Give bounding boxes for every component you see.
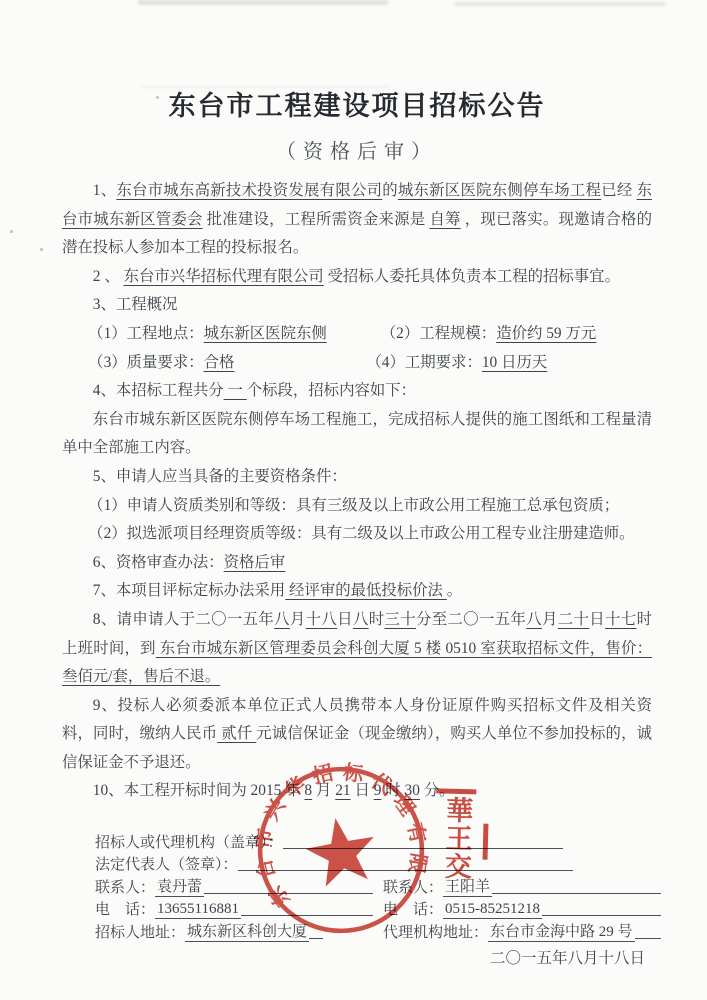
text-run: （1）申请人资质类别和等级：具有三级及以上市政公用工程施工总承包资质； <box>88 497 619 514</box>
address-left-label: 招标人地址： <box>95 921 185 942</box>
filled-blank: 经评审的最低投标价法 <box>285 582 447 599</box>
filled-blank: 城东新区医院东侧停车场工程 <box>398 182 601 199</box>
blank-line <box>283 848 563 849</box>
paragraph: （1）工程地点：城东新区医院东侧（2）工程规模：造价约 59 万元 <box>62 320 652 349</box>
text-run: 2 、 <box>93 268 124 285</box>
filled-blank: 东台市城东高新技术投资发展有限公司 <box>116 182 382 199</box>
phone-left-label: 电 话： <box>95 898 155 919</box>
text-run: 时 <box>369 611 385 628</box>
text-run: 日 <box>351 782 374 799</box>
text-run: 4、本招标工程共分 <box>93 382 224 399</box>
paragraph: （1）申请人资质类别和等级：具有三级及以上市政公用工程施工总承包资质； <box>62 492 652 521</box>
text-run: 。 <box>447 582 462 599</box>
filled-blank: 30 <box>405 782 420 799</box>
phone-right-label: 电 话： <box>383 898 443 919</box>
phone-right-value: 0515-85251218 <box>443 901 542 919</box>
document-subtitle: （资格后审） <box>62 135 652 164</box>
document-title: 东台市工程建设项目招标公告 <box>62 84 652 123</box>
blank-line <box>542 915 661 916</box>
blank-line <box>635 938 661 939</box>
scan-artifact <box>138 0 388 5</box>
filled-blank: 8 <box>304 782 312 799</box>
paragraph: 8、请申请人于二〇一五年八月十八日八时三十分至二〇一五年八月二十日十七时上班时间… <box>62 606 652 692</box>
paragraph: 4、本招标工程共分 一 个标段，招标内容如下： <box>62 377 652 406</box>
address-left-value: 城东新区科创大厦 <box>185 920 309 942</box>
paragraph: 1、东台市城东高新技术投资发展有限公司的城东新区医院东侧停车场工程已经 东台市城… <box>62 177 652 263</box>
text-run: 8、请申请人于二〇一五年 <box>93 611 274 628</box>
paragraph: （2）拟选派项目经理资质等级：具有二级及以上市政公用工程专业注册建造师。 <box>62 520 652 549</box>
scanned-document-page: 东台市工程建设项目招标公告 （资格后审） 1、东台市城东高新技术投资发展有限公司… <box>0 0 707 1000</box>
document-body: 1、东台市城东高新技术投资发展有限公司的城东新区医院东侧停车场工程已经 东台市城… <box>62 177 652 806</box>
legal-representative-label: 法定代表人（签章）： <box>95 853 238 874</box>
address-right-label: 代理机构地址： <box>383 921 488 942</box>
text-run: 月 <box>312 782 335 799</box>
filled-blank: 十七 <box>605 611 637 628</box>
blank-line <box>238 870 573 871</box>
text-run: （3）质量要求： <box>88 354 203 371</box>
address-right: 代理机构地址： 东台市金海中路 29 号 <box>383 920 661 942</box>
paragraph: 7、本项目评标定标办法采用 经评审的最低投标价法 。 <box>62 577 652 606</box>
text-run: 月 <box>290 611 306 628</box>
text-run: 日 <box>337 611 353 628</box>
contact-left: 联系人： 袁丹蕾 <box>95 875 373 897</box>
text-run: 已经 <box>601 182 636 199</box>
filled-blank: 八 <box>274 611 290 628</box>
address-left: 招标人地址： 城东新区科创大厦 <box>95 920 373 942</box>
text-run: 分至二〇一五年 <box>416 611 526 628</box>
text-run: 3、工程概况 <box>93 296 178 313</box>
paragraph: 10、本工程开标时间为 2015 年 8 月 21 日 9 时 30 分。 <box>62 777 652 806</box>
filled-blank: 21 <box>335 782 350 799</box>
text-run: （2）工程规模： <box>381 325 496 342</box>
paragraph: 东台市城东新区医院东侧停车场工程施工，完成招标人提供的施工图纸和工程量清单中全部… <box>62 406 652 463</box>
tenderer-stamp-row: 招标人或代理机构（盖章）： <box>95 829 563 852</box>
contact-left-value: 袁丹蕾 <box>155 875 204 897</box>
filled-blank: 造价约 59 万元 <box>496 325 596 342</box>
filled-blank: 十八 <box>306 611 338 628</box>
filled-blank: 东台市兴华招标代理有限公司 <box>124 268 324 285</box>
paragraph: 5、申请人应当具备的主要资格条件： <box>62 463 652 492</box>
text-run: 批准建设，工程所需资金来源是 <box>203 211 430 228</box>
contact-left-label: 联系人： <box>95 876 155 897</box>
scan-artifact <box>455 2 665 6</box>
filled-blank: 10 日历天 <box>482 354 547 371</box>
text-run: 的 <box>382 182 398 199</box>
text-run: （2）拟选派项目经理资质等级：具有二级及以上市政公用工程专业注册建造师。 <box>88 525 634 542</box>
text-run: 时 <box>381 782 404 799</box>
scan-artifact <box>40 248 43 251</box>
paragraph: 3、工程概况 <box>62 291 652 320</box>
blank-line <box>309 938 323 939</box>
filled-blank: 二十 <box>558 611 590 628</box>
tenderer-stamp-label: 招标人或代理机构（盖章）： <box>95 831 283 852</box>
scan-artifact <box>10 230 13 233</box>
contact-right: 联系人： 王阳羊 <box>383 875 661 897</box>
filled-blank: 八 <box>353 611 369 628</box>
filled-blank: 城东新区医院东侧 <box>204 325 327 342</box>
legal-representative-row: 法定代表人（签章）： <box>95 852 573 875</box>
text-run: 分。 <box>420 782 455 799</box>
filled-blank: 三十 <box>384 611 416 628</box>
text-run: 1、 <box>93 182 117 199</box>
text-run: 个标段，招标内容如下： <box>247 382 416 399</box>
date-line: 二〇一五年八月十八日 <box>95 946 661 968</box>
filled-blank: 八 <box>526 611 542 628</box>
text-run: 东台市城东新区医院东侧停车场工程施工，完成招标人提供的施工图纸和工程量清单中全部… <box>62 411 652 457</box>
blank-line <box>204 893 373 894</box>
phone-left: 电 话： 13655116881 <box>95 898 373 919</box>
paragraph: 6、资格审查办法：资格后审 <box>62 549 652 578</box>
paragraph: 2 、 东台市兴华招标代理有限公司 受招标人委托具体负责本工程的招标事宜。 <box>62 263 652 292</box>
text-run: 7、本项目评标定标办法采用 <box>93 582 285 599</box>
filled-blank: 贰仟 <box>217 725 256 742</box>
text-run: 受招标人委托具体负责本工程的招标事宜。 <box>324 268 620 285</box>
text-run: （4）工期要求： <box>366 354 481 371</box>
text-run: （1）工程地点： <box>88 325 203 342</box>
text-run: 5、申请人应当具备的主要资格条件： <box>93 468 347 485</box>
addresses-row: 招标人地址： 城东新区科创大厦 代理机构地址： 东台市金海中路 29 号 <box>95 919 661 942</box>
text-run: 6、资格审查办法： <box>93 554 224 571</box>
phone-left-value: 13655116881 <box>155 901 241 919</box>
contacts-row: 联系人： 袁丹蕾 联系人： 王阳羊 <box>95 874 661 897</box>
document-content: 东台市工程建设项目招标公告 （资格后审） 1、东台市城东高新技术投资发展有限公司… <box>62 84 652 806</box>
text-run: 日 <box>589 611 605 628</box>
contact-right-value: 王阳羊 <box>443 875 492 897</box>
phones-row: 电 话： 13655116881 电 话： 0515-85251218 <box>95 897 661 920</box>
signature-block: 招标人或代理机构（盖章）： 法定代表人（签章）： 联系人： 袁丹蕾 联系人： 王… <box>95 829 661 968</box>
phone-right: 电 话： 0515-85251218 <box>383 898 661 919</box>
contact-right-label: 联系人： <box>383 876 443 897</box>
filled-blank: 合格 <box>204 354 235 371</box>
text-run: 月 <box>542 611 558 628</box>
text-run: 10、本工程开标时间为 2015 年 <box>93 782 305 799</box>
paragraph: （3）质量要求：合格（4）工期要求：10 日历天 <box>62 349 652 378</box>
filled-blank: 自筹 <box>429 211 460 228</box>
blank-line <box>241 915 373 916</box>
blank-line <box>492 893 661 894</box>
filled-blank: 一 <box>224 382 247 399</box>
filled-blank: 资格后审 <box>224 554 286 571</box>
paragraph: 9、投标人必须委派本单位正式人员携带本人身份证原件购买招标文件及相关资料，同时，… <box>62 692 652 778</box>
address-right-value: 东台市金海中路 29 号 <box>488 920 635 942</box>
